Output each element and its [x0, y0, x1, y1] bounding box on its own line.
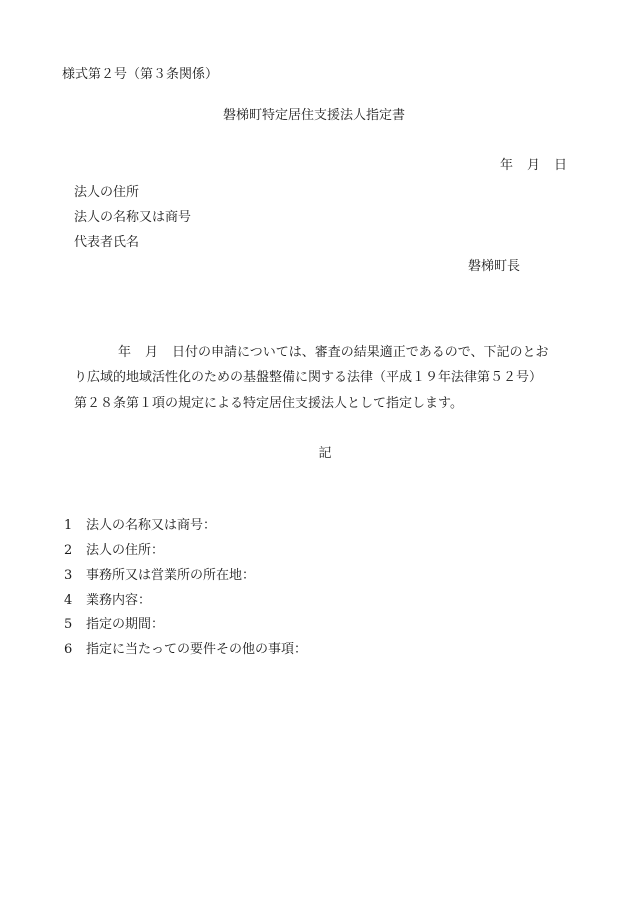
recipient-representative-label: 代表者氏名	[74, 235, 139, 251]
list-item-label: 事務所又は営業所の所在地：	[86, 568, 255, 583]
list-item: 1法人の名称又は商号：	[64, 518, 216, 534]
issuer-name: 磐梯町長	[468, 259, 520, 275]
date-line: 年月日	[500, 158, 567, 174]
body-year-label: 年	[118, 345, 131, 360]
list-item-label: 法人の名称又は商号：	[86, 518, 216, 533]
list-item-number: 1	[64, 518, 86, 534]
list-item-label: 指定の期間：	[86, 617, 164, 632]
list-item-label: 法人の住所：	[86, 543, 164, 558]
list-item-number: 6	[64, 642, 86, 658]
document-title-text: 磐梯町特定居住支援法人指定書	[223, 108, 405, 123]
body-line-1-text: 日付の申請については、審査の結果適正であるので、下記のとお	[172, 345, 548, 360]
form-number-label: 様式第２号（第３条関係）	[62, 67, 218, 83]
list-item-label: 指定に当たっての要件その他の事項：	[86, 642, 307, 657]
recipient-name-label: 法人の名称又は商号	[74, 210, 191, 226]
ki-text: 記	[318, 446, 331, 461]
date-month-label: 月	[527, 158, 540, 174]
list-item: 4業務内容：	[64, 593, 151, 609]
list-item: 2法人の住所：	[64, 543, 164, 559]
list-item-number: 4	[64, 593, 86, 609]
list-item-label: 業務内容：	[86, 593, 151, 608]
body-line-2: り広域的地域活性化のための基盤整備に関する法律（平成１９年法律第５２号）	[74, 370, 542, 386]
body-line-3: 第２８条第１項の規定による特定居住支援法人として指定します。	[74, 396, 463, 412]
recipient-address-label: 法人の住所	[74, 185, 139, 201]
list-item-number: 5	[64, 617, 86, 633]
list-item: 6指定に当たっての要件その他の事項：	[64, 642, 307, 658]
list-item-number: 3	[64, 568, 86, 584]
body-month-label: 月	[145, 345, 158, 360]
list-item: 5指定の期間：	[64, 617, 164, 633]
ki-heading: 記	[0, 446, 630, 462]
date-year-label: 年	[500, 158, 513, 174]
document-title: 磐梯町特定居住支援法人指定書	[0, 108, 630, 124]
body-line-1: 年月日付の申請については、審査の結果適正であるので、下記のとお	[118, 345, 549, 361]
date-day-label: 日	[554, 158, 567, 174]
list-item: 3事務所又は営業所の所在地：	[64, 568, 255, 584]
list-item-number: 2	[64, 543, 86, 559]
